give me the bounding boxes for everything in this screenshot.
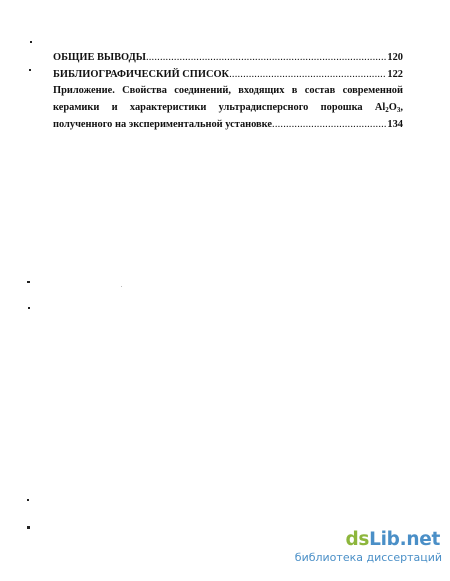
- toc-entry-label: полученного на экспериментальной установ…: [53, 117, 272, 134]
- logo-tld: .net: [400, 529, 440, 550]
- logo-lib: Lib: [369, 529, 399, 550]
- dslib-logo[interactable]: dsLib.net: [330, 530, 440, 550]
- toc-entry-appendix[interactable]: Приложение. Свойства соединений, входящи…: [53, 83, 403, 133]
- appendix-line-3: полученного на экспериментальной установ…: [53, 117, 403, 134]
- appendix-line-1: Приложение. Свойства соединений, входящи…: [53, 83, 403, 100]
- scan-mark: [27, 526, 30, 529]
- toc-leader-dots: [229, 67, 386, 84]
- toc-entry-page: 122: [386, 67, 403, 84]
- comma: ,: [400, 102, 403, 113]
- toc-entry-conclusions[interactable]: ОБЩИЕ ВЫВОДЫ 120: [53, 50, 403, 67]
- formula-oxygen: O: [389, 102, 397, 113]
- appendix-line-2: керамики и характеристики ультрадисперсн…: [53, 100, 403, 117]
- toc-leader-dots: [272, 117, 386, 134]
- scan-mark: [27, 499, 29, 501]
- toc-entry-bibliography[interactable]: БИБЛИОГРАФИЧЕСКИЙ СПИСОК 122: [53, 67, 403, 84]
- logo-subtitle: библиотека диссертаций: [292, 551, 442, 564]
- scan-mark: [121, 286, 122, 287]
- logo-ds: ds: [345, 529, 369, 550]
- toc-entry-label: БИБЛИОГРАФИЧЕСКИЙ СПИСОК: [53, 67, 229, 84]
- toc-entry-label: ОБЩИЕ ВЫВОДЫ: [53, 50, 146, 67]
- appendix-line-2-text: керамики и характеристики ультрадисперсн…: [53, 102, 385, 113]
- scan-mark: [27, 281, 30, 283]
- toc-entry-page: 134: [386, 117, 403, 134]
- toc-leader-dots: [146, 50, 386, 67]
- logo-wordmark: dsLib.net: [330, 530, 440, 550]
- table-of-contents: ОБЩИЕ ВЫВОДЫ 120 БИБЛИОГРАФИЧЕСКИЙ СПИСО…: [53, 50, 403, 133]
- scan-mark: [29, 69, 31, 71]
- toc-entry-page: 120: [386, 50, 403, 67]
- scan-mark: [30, 41, 32, 43]
- scan-mark: [28, 307, 30, 309]
